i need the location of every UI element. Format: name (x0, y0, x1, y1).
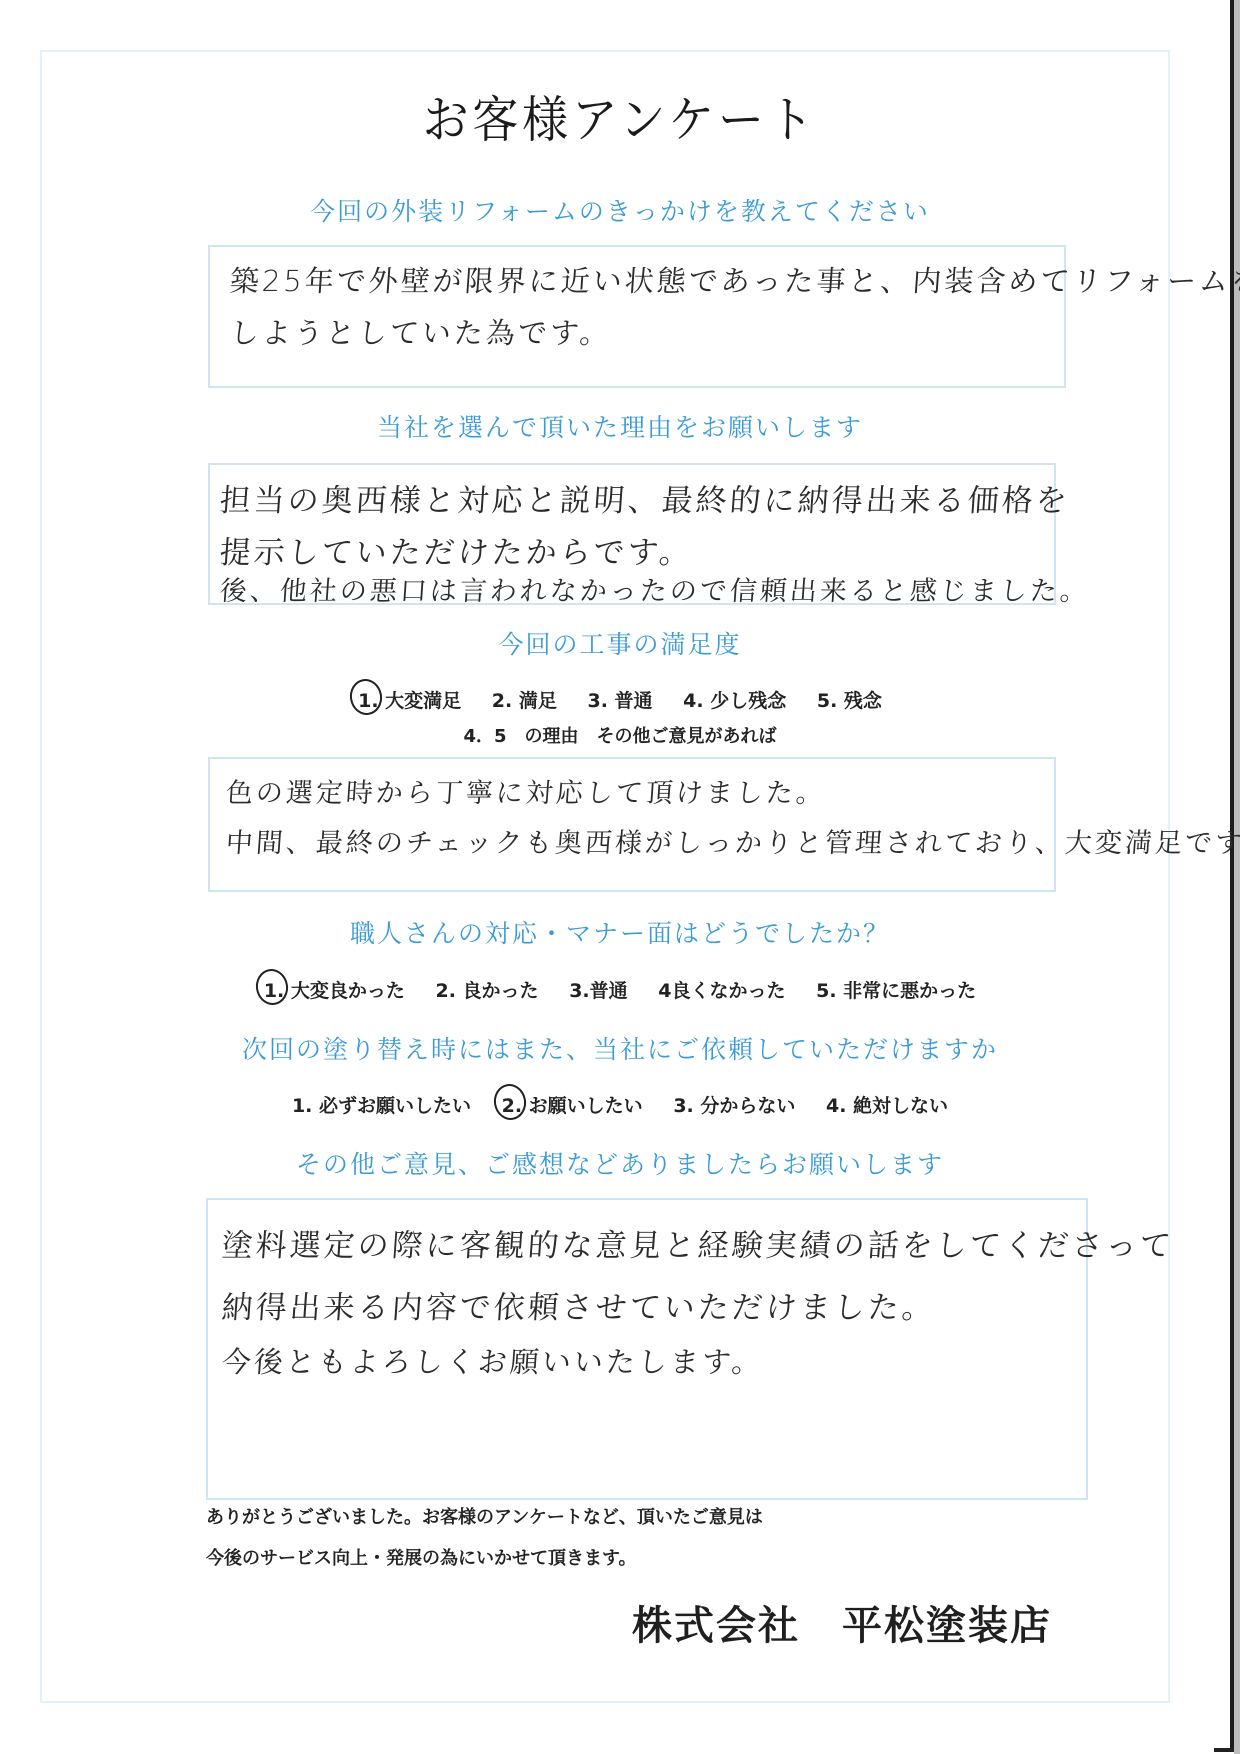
q4-option-3[interactable]: 3.普通 (569, 976, 627, 1003)
q2-answer-box: 担当の奥西様と対応と説明、最終的に納得出来る価格を 提示していただけたからです。… (208, 463, 1056, 605)
scan-corner (1214, 1748, 1234, 1752)
q2-answer-line: 後、他社の悪口は言われなかったので信頼出来ると感じました。 (219, 569, 1092, 608)
q6-answer-line: 塗料選定の際に客観的な意見と経験実績の話をしてくださって (220, 1220, 1175, 1265)
q6-heading: その他ご意見、ご感想などありましたらお願いします (0, 1145, 1240, 1181)
q3-sub-prompt: 4．5 の理由 その他ご意見があれば (0, 722, 1240, 748)
q2-answer-line: 担当の奥西様と対応と説明、最終的に納得出来る価格を (218, 475, 1071, 520)
q4-option-5[interactable]: 5. 非常に悪かった (816, 976, 976, 1003)
q6-answer-line: 納得出来る内容で依頼させていただけました。 (220, 1282, 937, 1327)
q1-answer-line: しようとしていた為です。 (229, 311, 614, 352)
q3-options: 1. 大変満足 2. 満足 3. 普通 4. 少し残念 5. 残念 (0, 686, 1240, 713)
q5-option-1[interactable]: 1. 必ずお願いしたい (292, 1091, 471, 1118)
company-name: 株式会社 平松塗装店 (632, 1594, 1052, 1651)
q3-answer-line: 中間、最終のチェックも奥西様がしっかりと管理されており、大変満足です。 (225, 821, 1240, 860)
q4-options: 1. 大変良かった 2. 良かった 3.普通 4良くなかった 5. 非常に悪かっ… (0, 976, 1240, 1003)
q3-option-5[interactable]: 5. 残念 (817, 686, 882, 713)
q3-option-2[interactable]: 2. 満足 (492, 686, 557, 713)
q3-answer-box: 色の選定時から丁寧に対応して頂けました。 中間、最終のチェックも奥西様がしっかり… (208, 757, 1056, 892)
q3-option-3[interactable]: 3. 普通 (587, 686, 652, 713)
q3-option-4[interactable]: 4. 少し残念 (683, 686, 786, 713)
q4-option-1-selected[interactable]: 1. 大変良かった (264, 976, 405, 1003)
document-title: お客様アンケート (50, 80, 1191, 152)
q4-option-4[interactable]: 4良くなかった (658, 976, 785, 1003)
q6-answer-box: 塗料選定の際に客観的な意見と経験実績の話をしてくださって 納得出来る内容で依頼さ… (206, 1198, 1088, 1500)
q5-options: 1. 必ずお願いしたい 2. お願いしたい 3. 分からない 4. 絶対しない (0, 1091, 1240, 1118)
q5-option-4[interactable]: 4. 絶対しない (826, 1091, 948, 1118)
q1-heading: 今回の外装リフォームのきっかけを教えてください (0, 192, 1240, 228)
q2-answer-line: 提示していただけたからです。 (218, 527, 694, 572)
q3-option-1-selected[interactable]: 1. 大変満足 (358, 686, 461, 713)
q3-heading: 今回の工事の満足度 (0, 625, 1240, 661)
q1-answer-line: 築25年で外壁が限界に近い状態であった事と、内装含めてリフォームを (229, 259, 1240, 300)
q2-heading: 当社を選んで頂いた理由をお願いします (0, 408, 1240, 444)
q1-answer-box: 築25年で外壁が限界に近い状態であった事と、内装含めてリフォームを しようとして… (208, 245, 1066, 388)
q4-option-2[interactable]: 2. 良かった (436, 976, 539, 1003)
q6-answer-line: 今後ともよろしくお願いいたします。 (221, 1340, 766, 1381)
q5-heading: 次回の塗り替え時にはまた、当社にご依頼していただけますか (0, 1030, 1240, 1066)
q4-heading: 職人さんの対応・マナー面はどうでしたか？ (0, 914, 1240, 950)
footer-line: 今後のサービス向上・発展の為にいかせて頂きます。 (206, 1544, 637, 1570)
q5-option-3[interactable]: 3. 分からない (673, 1091, 795, 1118)
q5-option-2-selected[interactable]: 2. お願いしたい (502, 1091, 643, 1118)
q3-answer-line: 色の選定時から丁寧に対応して頂けました。 (225, 771, 828, 810)
footer-line: ありがとうございました。お客様のアンケートなど、頂いたご意見は (206, 1503, 763, 1529)
